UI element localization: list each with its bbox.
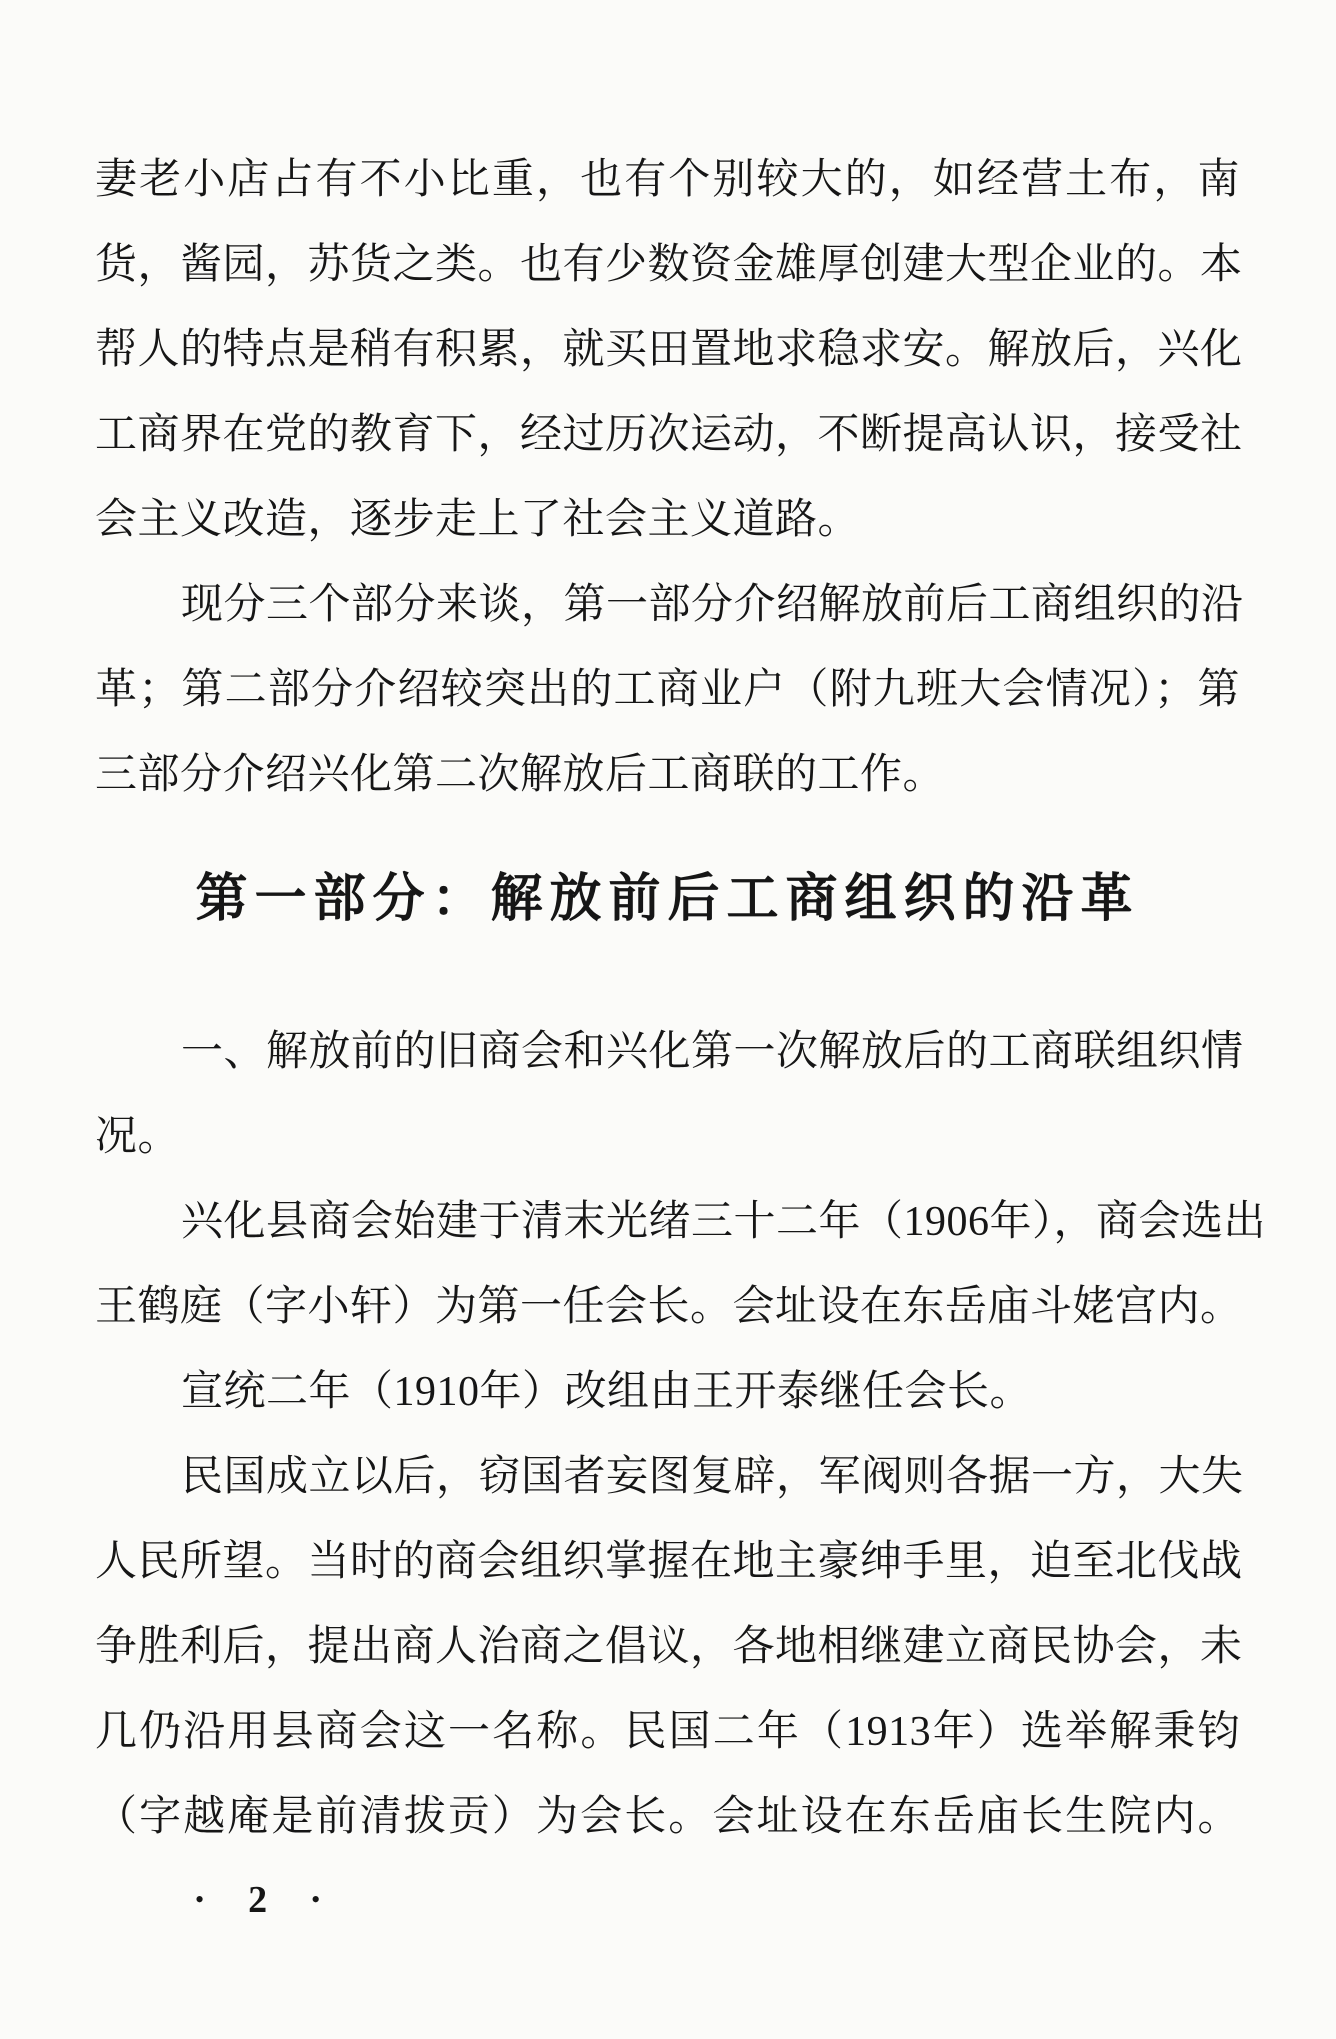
page-text-block: 妻老小店占有不小比重，也有个别较大的，如经营土布，南 货，酱园，苏货之类。也有少…	[0, 0, 1336, 1926]
body-line: 妻老小店占有不小比重，也有个别较大的，如经营土布，南	[95, 138, 1240, 223]
body-line: 兴化县商会始建于清末光绪三十二年（1906年），商会选出	[95, 1180, 1240, 1265]
body-line: 宣统二年（1910年）改组由王开泰继任会长。	[95, 1350, 1240, 1435]
page-number: 2	[248, 1874, 267, 1926]
section-heading: 第一部分：解放前后工商组织的沿革	[95, 840, 1240, 960]
body-line: 货，酱园，苏货之类。也有少数资金雄厚创建大型企业的。本	[95, 223, 1240, 308]
body-line: 争胜利后，提出商人治商之倡议，各地相继建立商民协会，未	[95, 1605, 1240, 1690]
body-line: 三部分介绍兴化第二次解放后工商联的工作。	[95, 733, 1240, 818]
body-line: 会主义改造，逐步走上了社会主义道路。	[95, 478, 1240, 563]
body-line: 人民所望。当时的商会组织掌握在地主豪绅手里，迫至北伐战	[95, 1520, 1240, 1605]
body-line: 几仍沿用县商会这一名称。民国二年（1913年）选举解秉钧	[95, 1690, 1240, 1775]
scanned-document-page: 妻老小店占有不小比重，也有个别较大的，如经营土布，南 货，酱园，苏货之类。也有少…	[0, 0, 1336, 2039]
subsection-title-line: 况。	[95, 1095, 1240, 1180]
body-line: 王鹤庭（字小轩）为第一任会长。会址设在东岳庙斗姥宫内。	[95, 1265, 1240, 1350]
body-line: 民国成立以后，窃国者妄图复辟，军阀则各据一方，大失	[95, 1435, 1240, 1520]
footer-left-dot-icon: •	[195, 1874, 204, 1926]
body-line: 工商界在党的教育下，经过历次运动，不断提高认识，接受社	[95, 393, 1240, 478]
body-line: （字越庵是前清拔贡）为会长。会址设在东岳庙长生院内。	[95, 1775, 1240, 1860]
body-line: 革；第二部分介绍较突出的工商业户（附九班大会情况）；第	[95, 648, 1240, 733]
subsection-title-line: 一、解放前的旧商会和兴化第一次解放后的工商联组织情	[95, 1010, 1240, 1095]
body-line: 现分三个部分来谈，第一部分介绍解放前后工商组织的沿	[95, 563, 1240, 648]
page-footer: • 2 •	[95, 1874, 1240, 1926]
body-line: 帮人的特点是稍有积累，就买田置地求稳求安。解放后，兴化	[95, 308, 1240, 393]
footer-right-dot-icon: •	[311, 1874, 320, 1926]
